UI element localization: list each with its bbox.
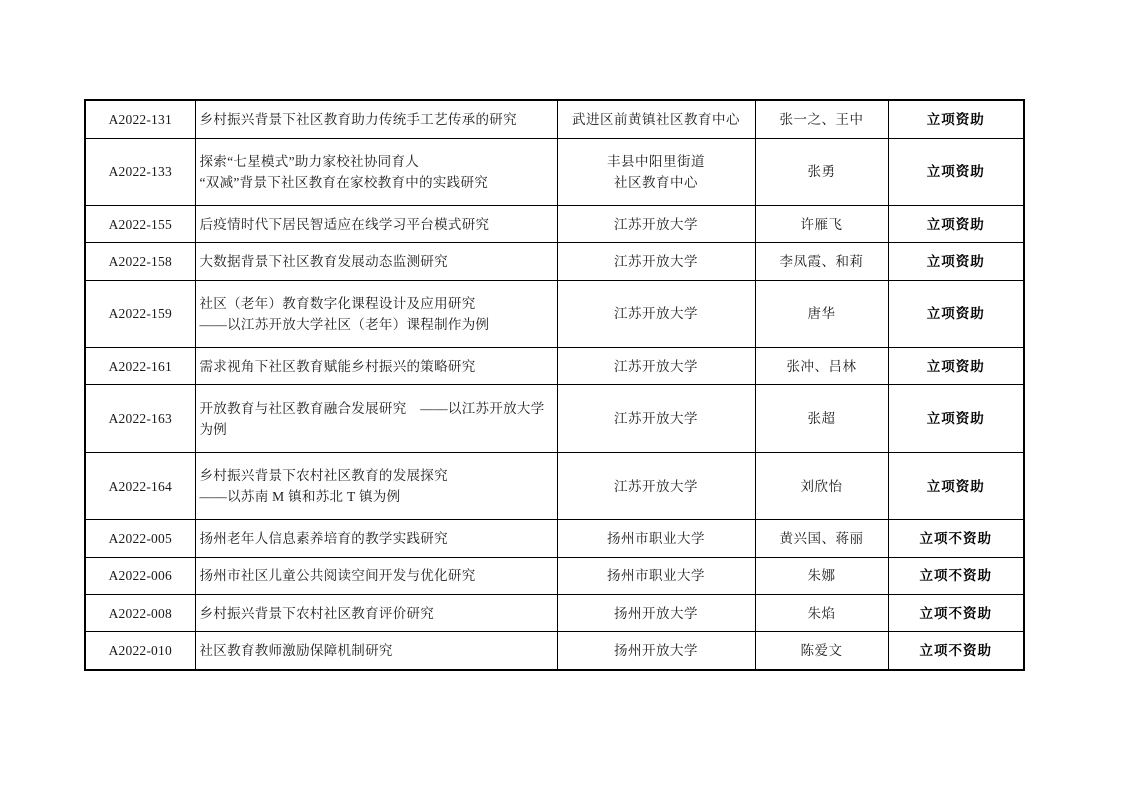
project-id-cell: A2022-005 bbox=[85, 520, 195, 557]
project-title-cell: 乡村振兴背景下农村社区教育的发展探究——以苏南 M 镇和苏北 T 镇为例 bbox=[195, 452, 557, 519]
institution-cell: 丰县中阳里街道社区教育中心 bbox=[557, 138, 755, 205]
institution-line: 扬州市职业大学 bbox=[562, 528, 751, 549]
status-cell: 立项资助 bbox=[888, 138, 1024, 205]
institution-line: 扬州开放大学 bbox=[562, 603, 751, 624]
members-cell: 张勇 bbox=[755, 138, 888, 205]
projects-table-body: A2022-131乡村振兴背景下社区教育助力传统手工艺传承的研究武进区前黄镇社区… bbox=[85, 100, 1024, 670]
members-cell: 朱娜 bbox=[755, 557, 888, 594]
members-cell: 黄兴国、蒋丽 bbox=[755, 520, 888, 557]
status-cell: 立项不资助 bbox=[888, 520, 1024, 557]
institution-cell: 江苏开放大学 bbox=[557, 206, 755, 243]
table-row: A2022-006扬州市社区儿童公共阅读空间开发与优化研究扬州市职业大学朱娜立项… bbox=[85, 557, 1024, 594]
status-cell: 立项资助 bbox=[888, 100, 1024, 138]
institution-cell: 扬州开放大学 bbox=[557, 632, 755, 670]
institution-line: 扬州市职业大学 bbox=[562, 565, 751, 586]
project-id-cell: A2022-010 bbox=[85, 632, 195, 670]
project-title-cell: 大数据背景下社区教育发展动态监测研究 bbox=[195, 243, 557, 280]
project-title-cell: 社区教育教师激励保障机制研究 bbox=[195, 632, 557, 670]
project-id-cell: A2022-006 bbox=[85, 557, 195, 594]
table-row: A2022-133探索“七星模式”助力家校社协同育人“双减”背景下社区教育在家校… bbox=[85, 138, 1024, 205]
institution-cell: 江苏开放大学 bbox=[557, 385, 755, 452]
institution-line: 社区教育中心 bbox=[562, 172, 751, 193]
project-title-cell: 扬州老年人信息素养培育的教学实践研究 bbox=[195, 520, 557, 557]
status-cell: 立项资助 bbox=[888, 348, 1024, 385]
project-title-line: 社区教育教师激励保障机制研究 bbox=[200, 640, 553, 661]
project-id-cell: A2022-158 bbox=[85, 243, 195, 280]
institution-cell: 武进区前黄镇社区教育中心 bbox=[557, 100, 755, 138]
project-title-cell: 后疫情时代下居民智适应在线学习平台模式研究 bbox=[195, 206, 557, 243]
institution-line: 江苏开放大学 bbox=[562, 214, 751, 235]
status-cell: 立项资助 bbox=[888, 452, 1024, 519]
project-title-cell: 乡村振兴背景下农村社区教育评价研究 bbox=[195, 595, 557, 632]
members-cell: 许雁飞 bbox=[755, 206, 888, 243]
project-title-cell: 开放教育与社区教育融合发展研究 ——以江苏开放大学为例 bbox=[195, 385, 557, 452]
institution-cell: 江苏开放大学 bbox=[557, 243, 755, 280]
table-row: A2022-131乡村振兴背景下社区教育助力传统手工艺传承的研究武进区前黄镇社区… bbox=[85, 100, 1024, 138]
project-title-line: 探索“七星模式”助力家校社协同育人 bbox=[200, 151, 553, 172]
table-row: A2022-159社区（老年）教育数字化课程设计及应用研究——以江苏开放大学社区… bbox=[85, 280, 1024, 347]
project-title-line: ——以江苏开放大学社区（老年）课程制作为例 bbox=[200, 314, 553, 335]
project-id-cell: A2022-161 bbox=[85, 348, 195, 385]
status-cell: 立项不资助 bbox=[888, 632, 1024, 670]
status-cell: 立项不资助 bbox=[888, 595, 1024, 632]
institution-line: 江苏开放大学 bbox=[562, 356, 751, 377]
status-cell: 立项不资助 bbox=[888, 557, 1024, 594]
project-title-line: 后疫情时代下居民智适应在线学习平台模式研究 bbox=[200, 214, 553, 235]
table-row: A2022-161需求视角下社区教育赋能乡村振兴的策略研究江苏开放大学张冲、吕林… bbox=[85, 348, 1024, 385]
project-title-line: 开放教育与社区教育融合发展研究 ——以江苏开放大学 bbox=[200, 398, 553, 419]
project-title-line: 为例 bbox=[200, 419, 553, 440]
table-row: A2022-005扬州老年人信息素养培育的教学实践研究扬州市职业大学黄兴国、蒋丽… bbox=[85, 520, 1024, 557]
project-title-line: 乡村振兴背景下农村社区教育的发展探究 bbox=[200, 465, 553, 486]
table-row: A2022-164乡村振兴背景下农村社区教育的发展探究——以苏南 M 镇和苏北 … bbox=[85, 452, 1024, 519]
members-cell: 陈爱文 bbox=[755, 632, 888, 670]
table-row: A2022-155后疫情时代下居民智适应在线学习平台模式研究江苏开放大学许雁飞立… bbox=[85, 206, 1024, 243]
project-id-cell: A2022-155 bbox=[85, 206, 195, 243]
project-title-cell: 社区（老年）教育数字化课程设计及应用研究——以江苏开放大学社区（老年）课程制作为… bbox=[195, 280, 557, 347]
project-title-cell: 需求视角下社区教育赋能乡村振兴的策略研究 bbox=[195, 348, 557, 385]
table-row: A2022-010社区教育教师激励保障机制研究扬州开放大学陈爱文立项不资助 bbox=[85, 632, 1024, 670]
institution-line: 江苏开放大学 bbox=[562, 303, 751, 324]
project-title-line: 社区（老年）教育数字化课程设计及应用研究 bbox=[200, 293, 553, 314]
institution-cell: 扬州市职业大学 bbox=[557, 520, 755, 557]
projects-table: A2022-131乡村振兴背景下社区教育助力传统手工艺传承的研究武进区前黄镇社区… bbox=[84, 99, 1025, 671]
project-title-line: ——以苏南 M 镇和苏北 T 镇为例 bbox=[200, 486, 553, 507]
document-page: A2022-131乡村振兴背景下社区教育助力传统手工艺传承的研究武进区前黄镇社区… bbox=[0, 0, 1121, 790]
project-id-cell: A2022-164 bbox=[85, 452, 195, 519]
institution-line: 江苏开放大学 bbox=[562, 408, 751, 429]
status-cell: 立项资助 bbox=[888, 206, 1024, 243]
institution-line: 武进区前黄镇社区教育中心 bbox=[562, 109, 751, 130]
members-cell: 刘欣怡 bbox=[755, 452, 888, 519]
institution-line: 扬州开放大学 bbox=[562, 640, 751, 661]
institution-line: 江苏开放大学 bbox=[562, 476, 751, 497]
project-title-cell: 扬州市社区儿童公共阅读空间开发与优化研究 bbox=[195, 557, 557, 594]
project-id-cell: A2022-159 bbox=[85, 280, 195, 347]
project-title-line: 大数据背景下社区教育发展动态监测研究 bbox=[200, 251, 553, 272]
table-row: A2022-008乡村振兴背景下农村社区教育评价研究扬州开放大学朱焰立项不资助 bbox=[85, 595, 1024, 632]
status-cell: 立项资助 bbox=[888, 280, 1024, 347]
institution-cell: 江苏开放大学 bbox=[557, 280, 755, 347]
project-id-cell: A2022-131 bbox=[85, 100, 195, 138]
project-title-cell: 乡村振兴背景下社区教育助力传统手工艺传承的研究 bbox=[195, 100, 557, 138]
project-title-line: 扬州市社区儿童公共阅读空间开发与优化研究 bbox=[200, 565, 553, 586]
project-title-line: 乡村振兴背景下社区教育助力传统手工艺传承的研究 bbox=[200, 109, 553, 130]
members-cell: 张一之、王中 bbox=[755, 100, 888, 138]
members-cell: 李凤霞、和莉 bbox=[755, 243, 888, 280]
members-cell: 朱焰 bbox=[755, 595, 888, 632]
project-title-line: “双减”背景下社区教育在家校教育中的实践研究 bbox=[200, 172, 553, 193]
project-id-cell: A2022-008 bbox=[85, 595, 195, 632]
project-title-line: 扬州老年人信息素养培育的教学实践研究 bbox=[200, 528, 553, 549]
project-id-cell: A2022-133 bbox=[85, 138, 195, 205]
project-id-cell: A2022-163 bbox=[85, 385, 195, 452]
project-title-line: 需求视角下社区教育赋能乡村振兴的策略研究 bbox=[200, 356, 553, 377]
institution-cell: 江苏开放大学 bbox=[557, 348, 755, 385]
project-title-cell: 探索“七星模式”助力家校社协同育人“双减”背景下社区教育在家校教育中的实践研究 bbox=[195, 138, 557, 205]
institution-cell: 扬州市职业大学 bbox=[557, 557, 755, 594]
status-cell: 立项资助 bbox=[888, 243, 1024, 280]
table-row: A2022-158大数据背景下社区教育发展动态监测研究江苏开放大学李凤霞、和莉立… bbox=[85, 243, 1024, 280]
members-cell: 张超 bbox=[755, 385, 888, 452]
project-title-line: 乡村振兴背景下农村社区教育评价研究 bbox=[200, 603, 553, 624]
members-cell: 张冲、吕林 bbox=[755, 348, 888, 385]
institution-line: 江苏开放大学 bbox=[562, 251, 751, 272]
members-cell: 唐华 bbox=[755, 280, 888, 347]
institution-cell: 扬州开放大学 bbox=[557, 595, 755, 632]
table-row: A2022-163开放教育与社区教育融合发展研究 ——以江苏开放大学为例江苏开放… bbox=[85, 385, 1024, 452]
institution-line: 丰县中阳里街道 bbox=[562, 151, 751, 172]
status-cell: 立项资助 bbox=[888, 385, 1024, 452]
institution-cell: 江苏开放大学 bbox=[557, 452, 755, 519]
